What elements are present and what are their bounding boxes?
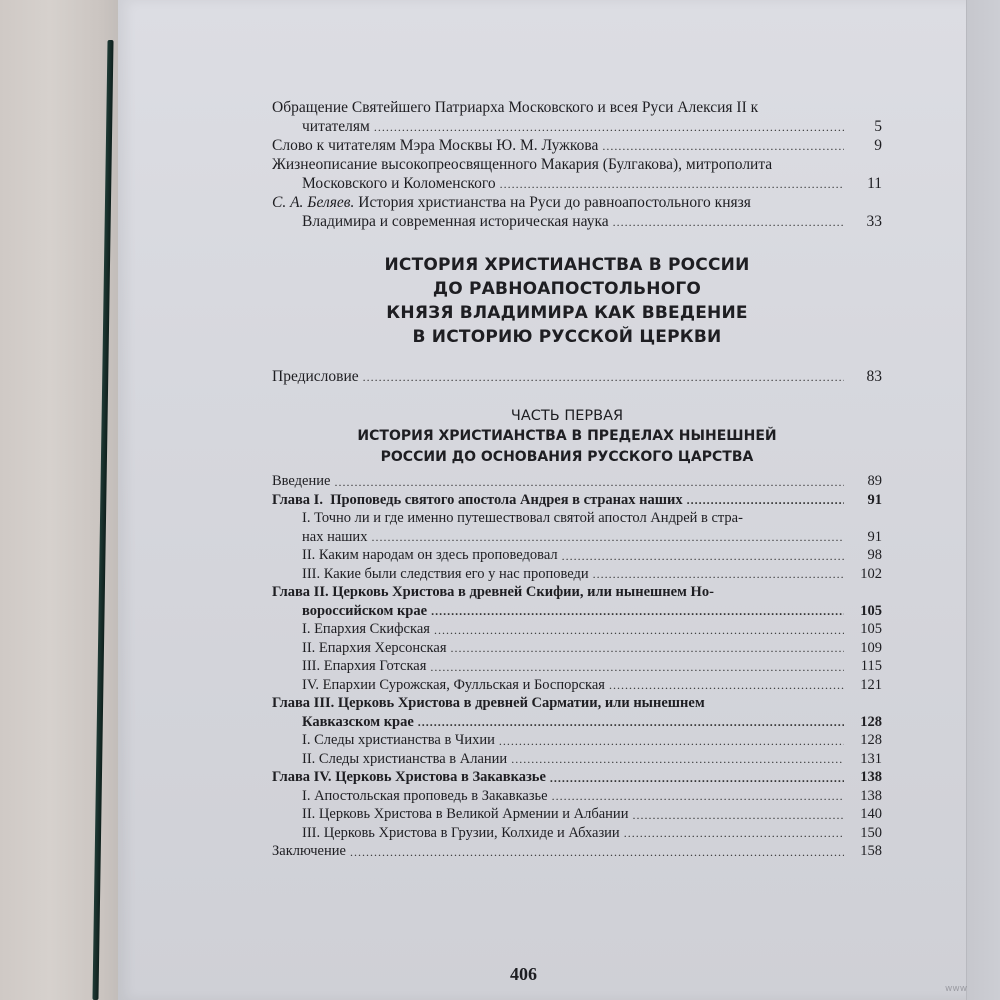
entry-text: III. Епархия Готская	[302, 657, 426, 676]
entry-text: Введение	[272, 472, 330, 491]
page-ref: 128	[848, 713, 882, 732]
entry-text: I. Епархия Скифская	[302, 620, 430, 639]
part-title-line: РОССИИ ДО ОСНОВАНИЯ РУССКОГО ЦАРСТВА	[272, 447, 862, 468]
entry-author: С. А. Беляев.	[272, 194, 354, 211]
page-ref: 83	[848, 367, 882, 386]
page-ref: 150	[848, 824, 882, 843]
page-ref: 115	[848, 657, 882, 676]
page-ref: 105	[848, 620, 882, 639]
dot-leader: ........................................…	[371, 529, 844, 546]
dot-leader: ........................................…	[363, 369, 844, 386]
page-ref: 128	[848, 731, 882, 750]
page-ref: 91	[848, 528, 882, 547]
toc-entry-preface: Предисловие ............................…	[272, 367, 882, 386]
chapter-title-cont: Кавказском крае	[302, 713, 414, 732]
entry-text: Жизнеописание высокопреосвященного Макар…	[272, 155, 882, 174]
toc-section: I. Епархия Скифская ....................…	[272, 620, 882, 639]
page-ref: 89	[848, 472, 882, 491]
dot-leader: ........................................…	[430, 659, 844, 676]
chapter-label: Глава I.	[272, 492, 323, 508]
dot-leader: ........................................…	[552, 788, 844, 805]
dot-leader: ........................................…	[687, 492, 844, 509]
entry-text: Слово к читателям Мэра Москвы Ю. М. Лужк…	[272, 136, 598, 155]
page-ref: 140	[848, 805, 882, 824]
title-line: КНЯЗЯ ВЛАДИМИРА КАК ВВЕДЕНИЕ	[272, 301, 862, 325]
page-ref: 102	[848, 565, 882, 584]
chapter-title: Церковь Христова в Закавказье	[335, 769, 546, 785]
table-of-contents: Обращение Святейшего Патриарха Московско…	[272, 98, 882, 861]
toc-section: III. Какие были следствия его у нас проп…	[272, 565, 882, 584]
entry-text: История христианства на Руси до равноапо…	[358, 194, 751, 211]
toc-entry-mayor-word: Слово к читателям Мэра Москвы Ю. М. Лужк…	[272, 136, 882, 155]
dot-leader: ........................................…	[431, 603, 844, 620]
book-title-heading: ИСТОРИЯ ХРИСТИАНСТВА В РОССИИ ДО РАВНОАП…	[272, 253, 882, 349]
dot-leader: ........................................…	[562, 548, 844, 565]
toc-entry-introduction: Введение ...............................…	[272, 472, 882, 491]
dot-leader: ........................................…	[609, 677, 844, 694]
dot-leader: ........................................…	[450, 640, 844, 657]
part-title: ИСТОРИЯ ХРИСТИАНСТВА В ПРЕДЕЛАХ НЫНЕШНЕЙ…	[272, 426, 882, 468]
toc-chapter-1: Глава I. Проповедь святого апостола Андр…	[272, 491, 882, 510]
page-ref: 98	[848, 546, 882, 565]
entry-text: IV. Епархии Сурожская, Фулльская и Боспо…	[302, 676, 605, 695]
toc-section: I. Следы христианства в Чихии ..........…	[272, 731, 882, 750]
dot-leader: ........................................…	[418, 714, 844, 731]
page-number: 406	[510, 964, 537, 985]
toc-entry-address: Обращение Святейшего Патриарха Московско…	[272, 98, 882, 136]
part-label: ЧАСТЬ ПЕРВАЯ	[272, 406, 882, 426]
entry-text: II. Каким народам он здесь проповедовал	[302, 546, 558, 565]
toc-section: II. Епархия Херсонская .................…	[272, 639, 882, 658]
dot-leader: ........................................…	[500, 176, 844, 193]
page-ref: 5	[848, 117, 882, 136]
page-ref: 138	[848, 787, 882, 806]
chapter-label: Глава III.	[272, 695, 334, 711]
dot-leader: ........................................…	[350, 844, 844, 861]
page-ref: 109	[848, 639, 882, 658]
entry-text-cont: нах наших	[302, 528, 367, 547]
page-ref: 105	[848, 602, 882, 621]
entry-text: Предисловие	[272, 367, 359, 386]
dot-leader: ........................................…	[374, 119, 844, 136]
page-ref: 158	[848, 842, 882, 861]
chapter-title: Церковь Христова в древней Скифии, или н…	[332, 584, 714, 600]
entry-text: III. Церковь Христова в Грузии, Колхиде …	[302, 824, 620, 843]
title-line: В ИСТОРИЮ РУССКОЙ ЦЕРКВИ	[272, 325, 862, 349]
chapter-title: Проповедь святого апостола Андрея в стра…	[330, 492, 682, 508]
toc-section: II. Каким народам он здесь проповедовал …	[272, 546, 882, 565]
entry-text: I. Следы христианства в Чихии	[302, 731, 495, 750]
entry-text: Заключение	[272, 842, 346, 861]
toc-section: IV. Епархии Сурожская, Фулльская и Боспо…	[272, 676, 882, 695]
next-page-edge	[966, 0, 1000, 1000]
entry-text: I. Апостольская проповедь в Закавказье	[302, 787, 548, 806]
toc-entry-belyaev: С. А. Беляев. История христианства на Ру…	[272, 193, 882, 231]
dot-leader: ........................................…	[593, 566, 844, 583]
entry-text-cont: читателям	[302, 117, 370, 136]
title-line: ДО РАВНОАПОСТОЛЬНОГО	[272, 277, 862, 301]
entry-text: I. Точно ли и где именно путешествовал с…	[302, 509, 882, 528]
page-ref: 33	[848, 212, 882, 231]
toc-entry-biography: Жизнеописание высокопреосвященного Макар…	[272, 155, 882, 193]
entry-text: Обращение Святейшего Патриарха Московско…	[272, 98, 882, 117]
entry-text-cont: Владимира и современная историческая нау…	[302, 212, 609, 231]
chapter-label: Глава IV.	[272, 769, 332, 785]
toc-section: III. Церковь Христова в Грузии, Колхиде …	[272, 824, 882, 843]
watermark: www	[945, 984, 967, 994]
dot-leader: ........................................…	[511, 751, 844, 768]
dot-leader: ........................................…	[602, 138, 844, 155]
dot-leader: ........................................…	[632, 807, 844, 824]
dot-leader: ........................................…	[550, 770, 844, 787]
chapter-label: Глава II.	[272, 584, 329, 600]
toc-entry-conclusion: Заключение .............................…	[272, 842, 882, 861]
toc-section: II. Следы христианства в Алании ........…	[272, 750, 882, 769]
toc-section: I. Точно ли и где именно путешествовал с…	[272, 509, 882, 546]
entry-text: II. Епархия Херсонская	[302, 639, 446, 658]
entry-text: III. Какие были следствия его у нас проп…	[302, 565, 589, 584]
chapter-title-cont: вороссийском крае	[302, 602, 427, 621]
page-ref: 9	[848, 136, 882, 155]
toc-section: III. Епархия Готская ...................…	[272, 657, 882, 676]
entry-text-cont: Московского и Коломенского	[302, 174, 496, 193]
dot-leader: ........................................…	[434, 622, 844, 639]
page-ref: 121	[848, 676, 882, 695]
toc-section: II. Церковь Христова в Великой Армении и…	[272, 805, 882, 824]
part-title-line: ИСТОРИЯ ХРИСТИАНСТВА В ПРЕДЕЛАХ НЫНЕШНЕЙ	[272, 426, 862, 447]
entry-text: II. Церковь Христова в Великой Армении и…	[302, 805, 628, 824]
page-ref: 138	[848, 768, 882, 787]
dot-leader: ........................................…	[499, 733, 844, 750]
page-ref: 91	[848, 491, 882, 510]
toc-chapter-2: Глава II. Церковь Христова в древней Ски…	[272, 583, 882, 620]
toc-chapter-3: Глава III. Церковь Христова в древней Са…	[272, 694, 882, 731]
dot-leader: ........................................…	[334, 474, 844, 491]
title-line: ИСТОРИЯ ХРИСТИАНСТВА В РОССИИ	[272, 253, 862, 277]
dot-leader: ........................................…	[624, 825, 844, 842]
chapter-title: Церковь Христова в древней Сарматии, или…	[338, 695, 705, 711]
entry-text: II. Следы христианства в Алании	[302, 750, 507, 769]
page-ref: 11	[848, 174, 882, 193]
toc-section: I. Апостольская проповедь в Закавказье .…	[272, 787, 882, 806]
toc-chapter-4: Глава IV. Церковь Христова в Закавказье …	[272, 768, 882, 787]
dot-leader: ........................................…	[613, 214, 844, 231]
part-one-contents: Введение ...............................…	[272, 472, 882, 861]
page-ref: 131	[848, 750, 882, 769]
